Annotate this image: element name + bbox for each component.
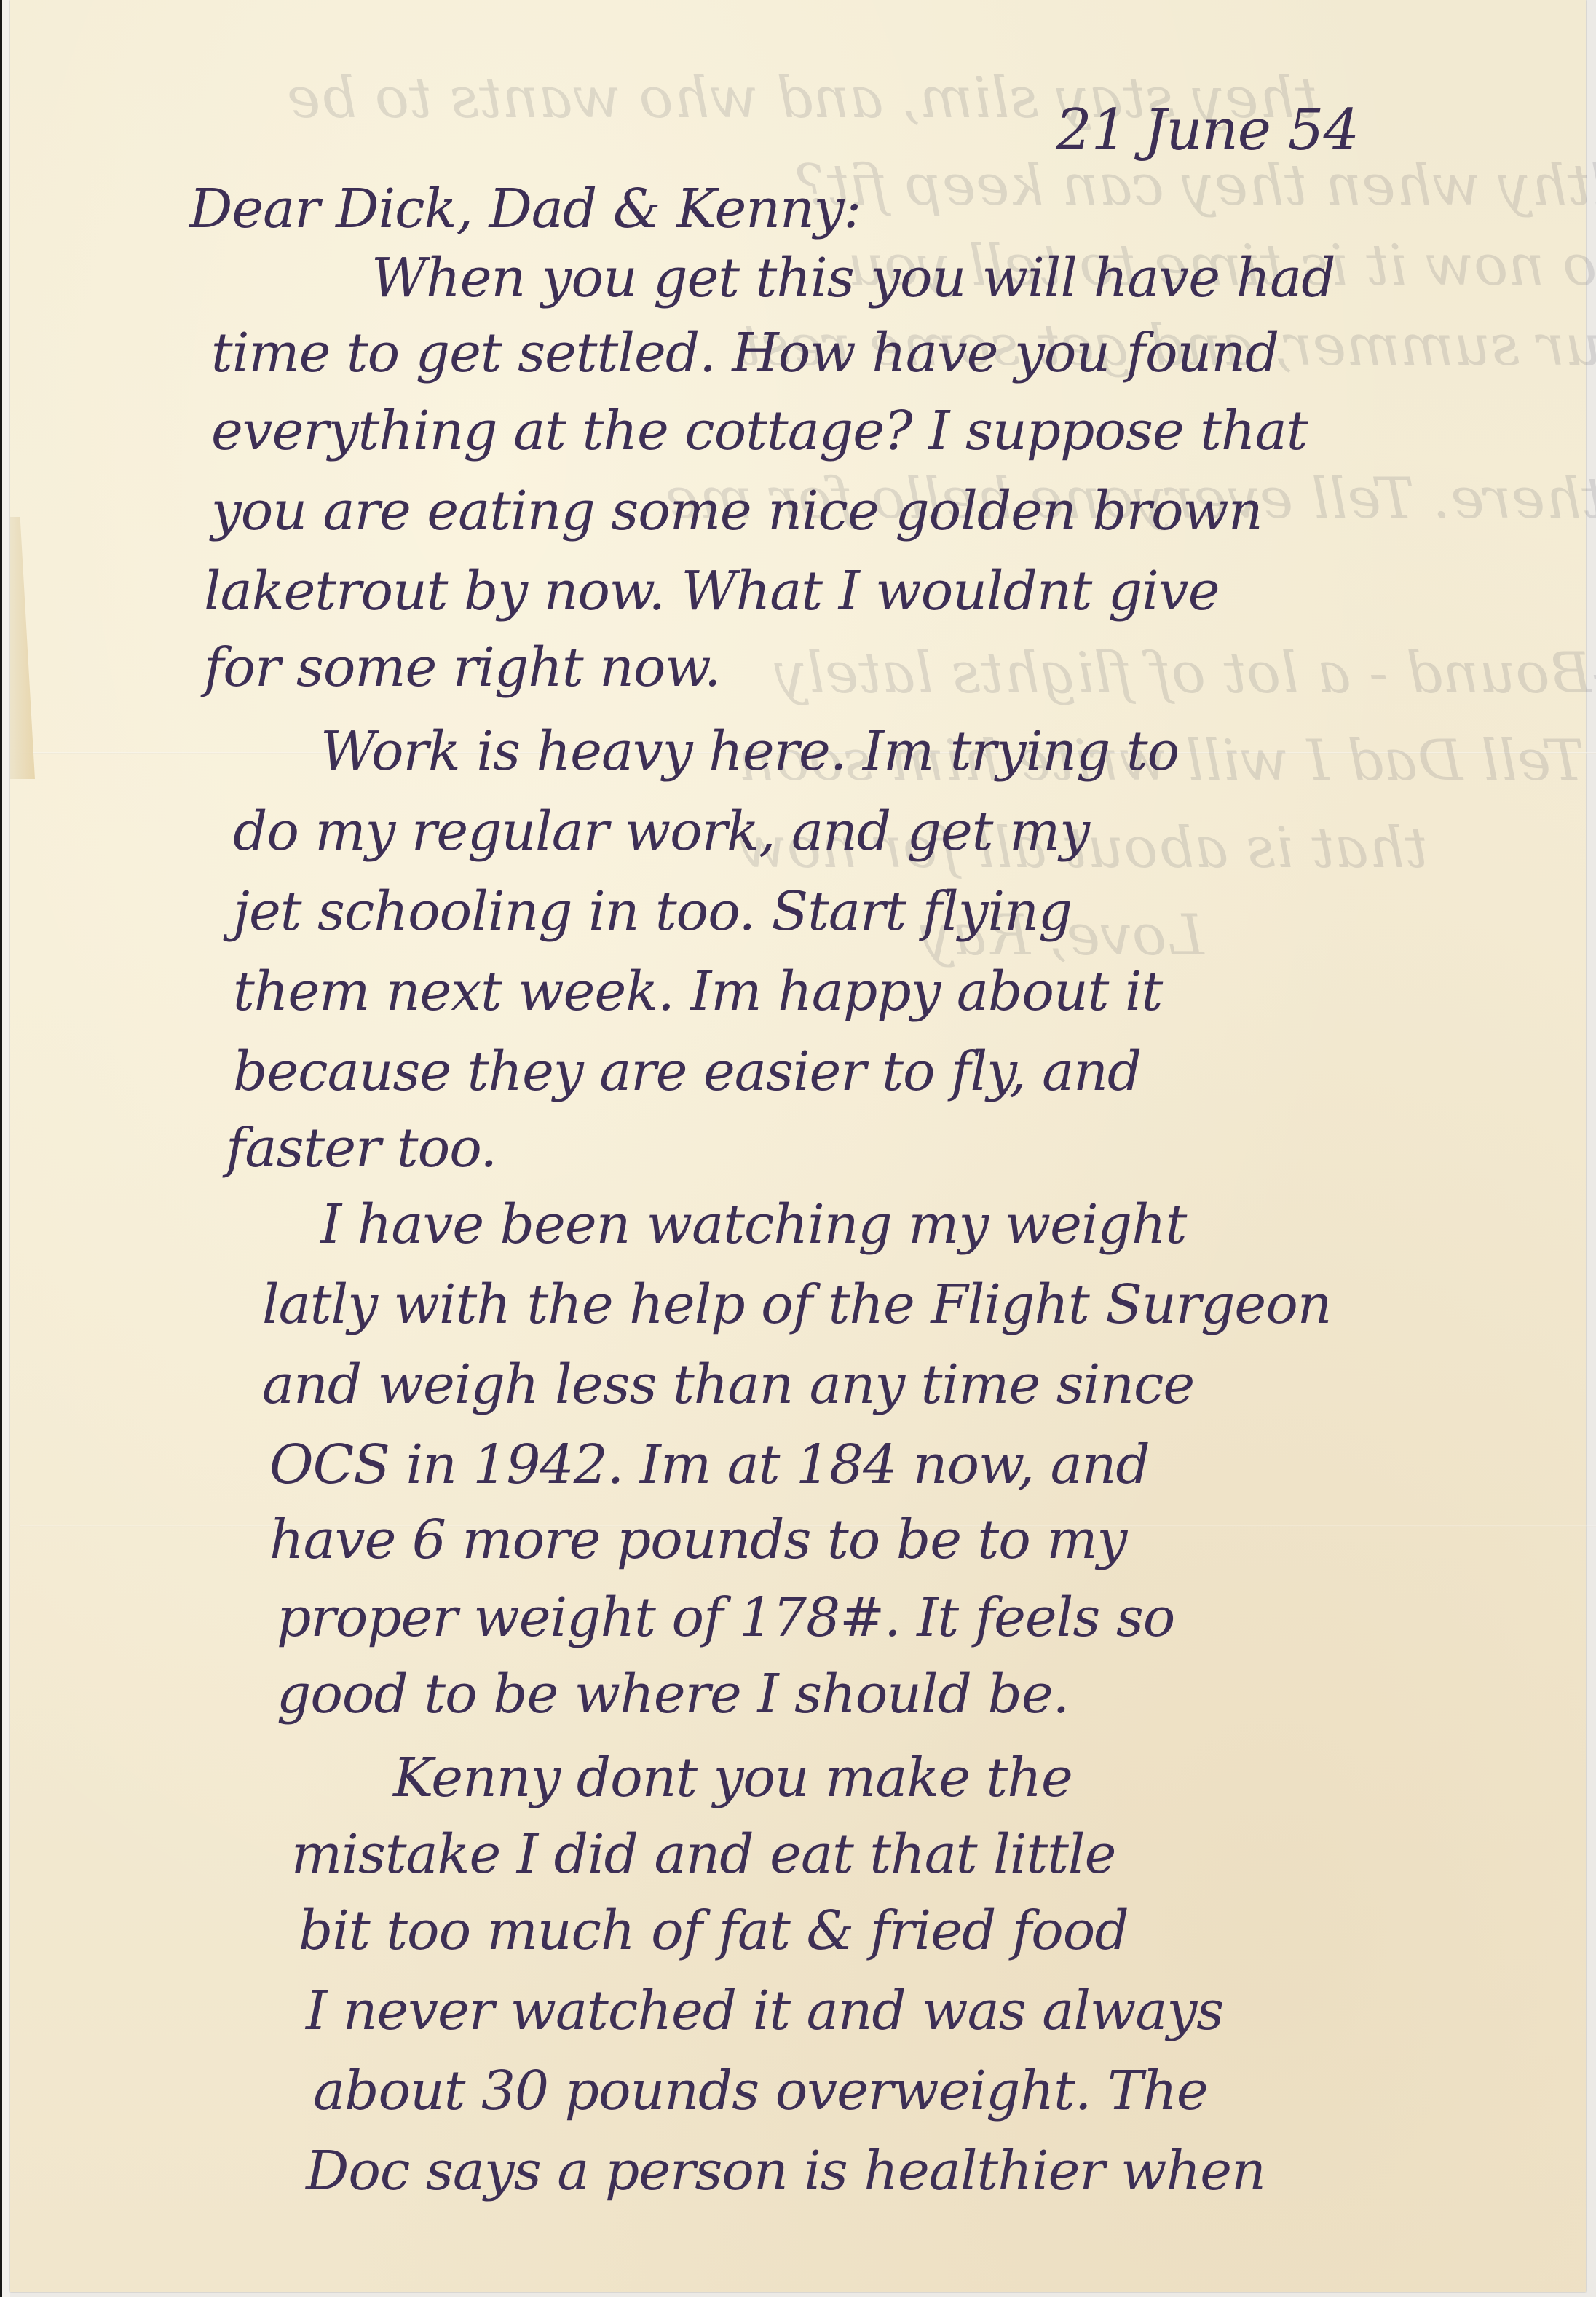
letter-line: I never watched it and was always: [306, 1984, 1223, 2038]
salutation: Dear Dick, Dad & Kenny:: [189, 182, 861, 236]
letter-line: laketrout by now. What I wouldnt give: [204, 564, 1220, 618]
letter-line: them next week. Im happy about it: [233, 965, 1162, 1019]
letter-line: Work is heavy here. Im trying to: [320, 724, 1179, 778]
letter-line: When you get this you will have had: [371, 251, 1335, 305]
letter-line: for some right now.: [204, 641, 720, 695]
bleed-through-text: air-Bound - a lot of flights lately: [775, 641, 1596, 706]
letter-line: and weigh less than any time since: [262, 1358, 1194, 1412]
letter-line: I have been watching my weight: [320, 1198, 1186, 1252]
letter-line: about 30 pounds overweight. The: [313, 2064, 1208, 2118]
letter-line: Kenny dont you make the: [393, 1751, 1072, 1805]
letter-line: Doc says a person is healthier when: [306, 2144, 1265, 2198]
letter-page: they stay slim, and who wants to be unhe…: [10, 0, 1586, 2292]
letter-line: good to be where I should be.: [277, 1667, 1069, 1721]
letter-line: you are eating some nice golden brown: [211, 484, 1263, 538]
letter-line: have 6 more pounds to be to my: [269, 1513, 1126, 1567]
letter-date: 21 June 54: [1056, 102, 1359, 159]
scan-left-edge: [0, 0, 10, 2297]
letter-line: proper weight of 178#. It feels so: [277, 1591, 1174, 1645]
letter-line: jet schooling in too. Start flying: [233, 885, 1072, 938]
letter-line: mistake I did and eat that little: [291, 1827, 1115, 1881]
letter-line: everything at the cottage? I suppose tha…: [211, 404, 1307, 458]
letter-line: time to get settled. How have you found: [211, 326, 1279, 380]
letter-line: faster too.: [226, 1121, 497, 1175]
letter-line: bit too much of fat & fried food: [299, 1904, 1129, 1958]
letter-line: OCS in 1942. Im at 184 now, and: [269, 1438, 1150, 1492]
letter-line: latly with the help of the Flight Surgeo…: [262, 1278, 1331, 1332]
letter-line: because they are easier to fly, and: [233, 1045, 1141, 1099]
letter-line: do my regular work, and get my: [233, 804, 1089, 858]
